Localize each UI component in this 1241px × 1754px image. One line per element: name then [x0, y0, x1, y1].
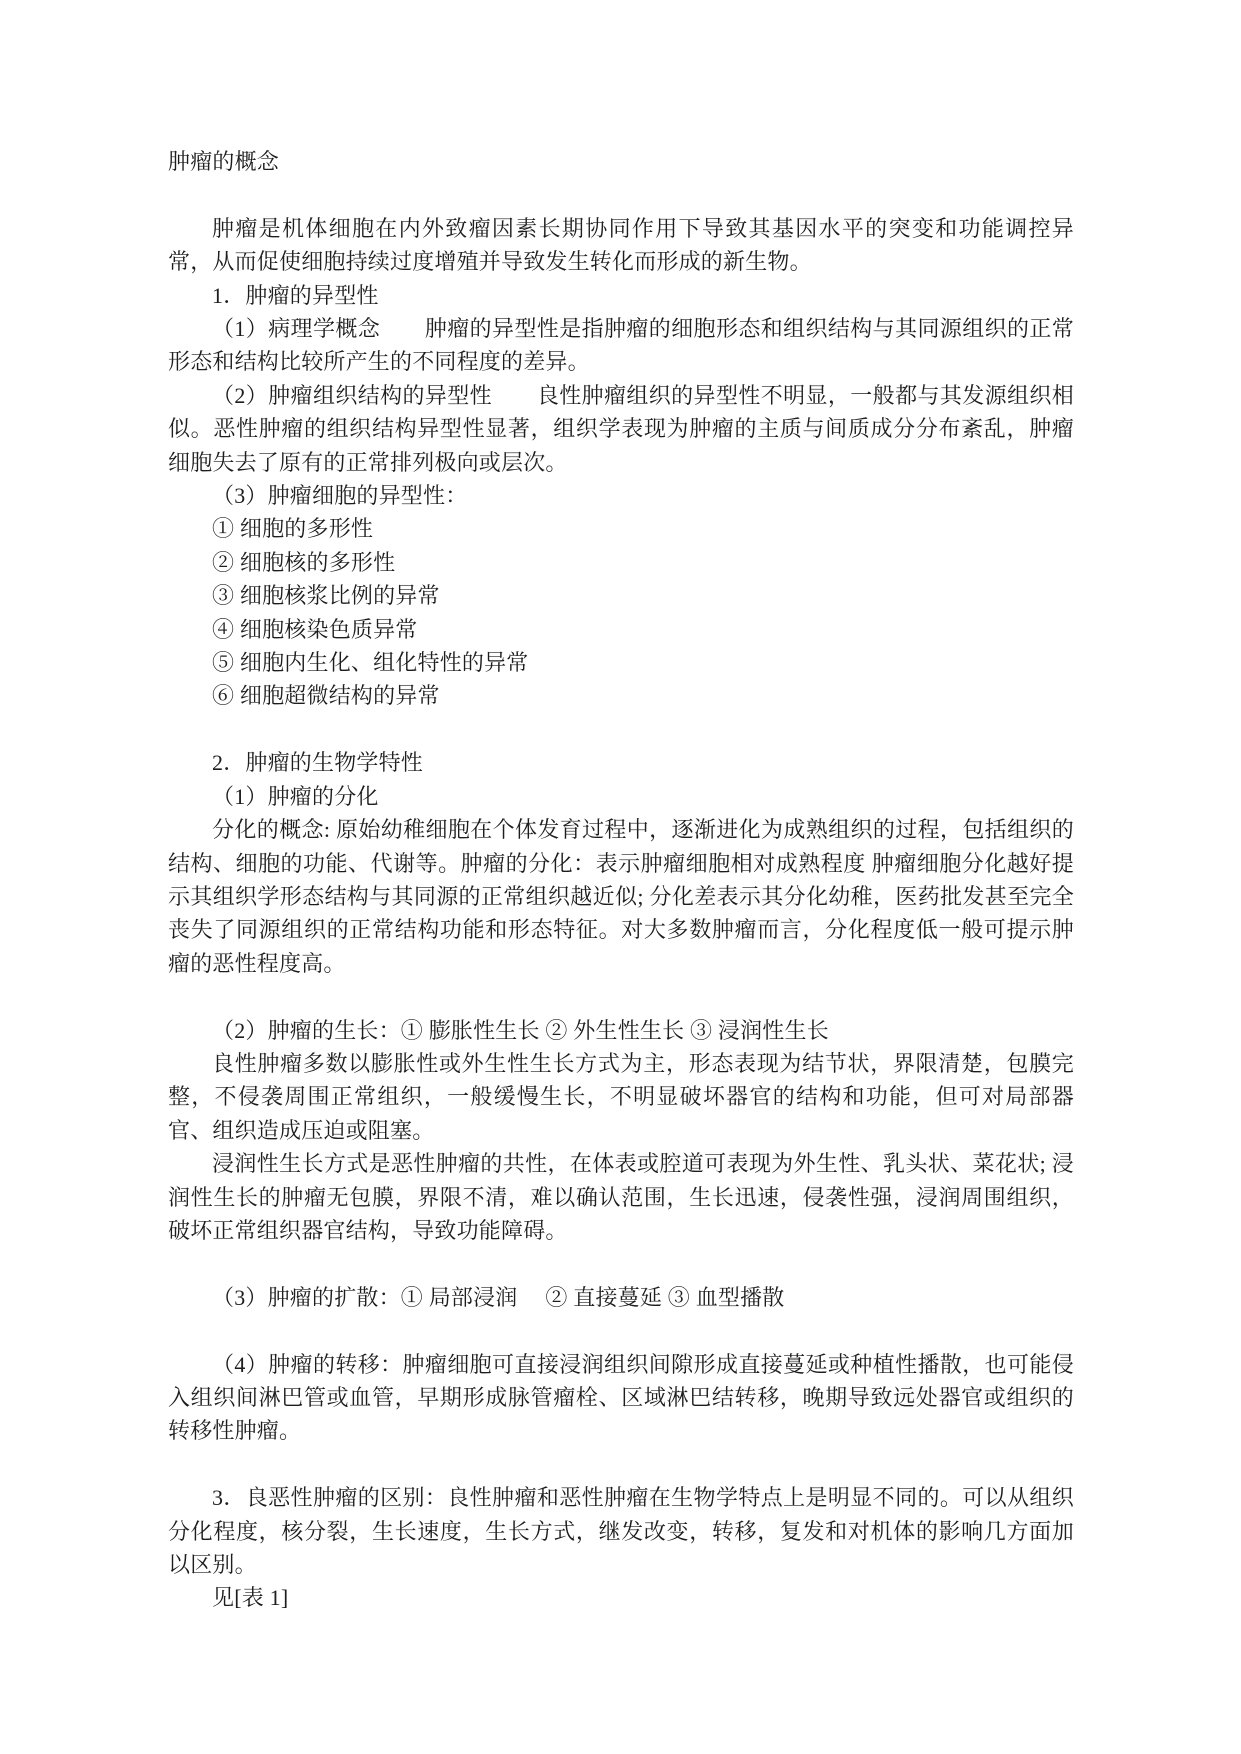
paragraph-1-2: （2）肿瘤组织结构的异型性 良性肿瘤组织的异型性不明显，一般都与其发源组织相似。…	[168, 379, 1074, 479]
paragraph-2-2-body-b: 浸润性生长方式是恶性肿瘤的共性，在体表或腔道可表现为外生性、乳头状、菜花状; 浸…	[168, 1147, 1074, 1247]
list-item-4: ④ 细胞核染色质异常	[168, 613, 1074, 646]
document-body: 肿瘤的概念肿瘤是机体细胞在内外致瘤因素长期协同作用下导致其基因水平的突变和功能调…	[168, 145, 1074, 1615]
list-item-1: ① 细胞的多形性	[168, 512, 1074, 545]
paragraph-2-1-heading: （1）肿瘤的分化	[168, 780, 1074, 813]
list-item-3: ③ 细胞核浆比例的异常	[168, 579, 1074, 612]
list-item-2: ② 细胞核的多形性	[168, 546, 1074, 579]
heading-section-1: 1．肿瘤的异型性	[168, 279, 1074, 312]
paragraph-intro: 肿瘤是机体细胞在内外致瘤因素长期协同作用下导致其基因水平的突变和功能调控异常，从…	[168, 212, 1074, 279]
paragraph-2-2-heading: （2）肿瘤的生长：① 膨胀性生长 ② 外生性生长 ③ 浸润性生长	[168, 1014, 1074, 1047]
list-item-6: ⑥ 细胞超微结构的异常	[168, 679, 1074, 712]
paragraph-2-3: （3）肿瘤的扩散：① 局部浸润 ② 直接蔓延 ③ 血型播散	[168, 1281, 1074, 1314]
document-page: 肿瘤的概念肿瘤是机体细胞在内外致瘤因素长期协同作用下导致其基因水平的突变和功能调…	[0, 0, 1241, 1754]
paragraph-2-1-body: 分化的概念: 原始幼稚细胞在个体发育过程中，逐渐进化为成熟组织的过程，包括组织的…	[168, 813, 1074, 980]
heading-section-3: 3．良恶性肿瘤的区别：良性肿瘤和恶性肿瘤在生物学特点上是明显不同的。可以从组织分…	[168, 1481, 1074, 1581]
paragraph-2-4: （4）肿瘤的转移：肿瘤细胞可直接浸润组织间隙形成直接蔓延或种植性播散，也可能侵入…	[168, 1348, 1074, 1448]
paragraph-1-3: （3）肿瘤细胞的异型性：	[168, 479, 1074, 512]
table-reference: 见[表 1]	[168, 1581, 1074, 1614]
heading-section-2: 2．肿瘤的生物学特性	[168, 746, 1074, 779]
document-title: 肿瘤的概念	[168, 145, 1074, 178]
paragraph-2-2-body-a: 良性肿瘤多数以膨胀性或外生性生长方式为主，形态表现为结节状，界限清楚，包膜完整，…	[168, 1047, 1074, 1147]
list-item-5: ⑤ 细胞内生化、组化特性的异常	[168, 646, 1074, 679]
paragraph-1-1: （1）病理学概念 肿瘤的异型性是指肿瘤的细胞形态和组织结构与其同源组织的正常形态…	[168, 312, 1074, 379]
